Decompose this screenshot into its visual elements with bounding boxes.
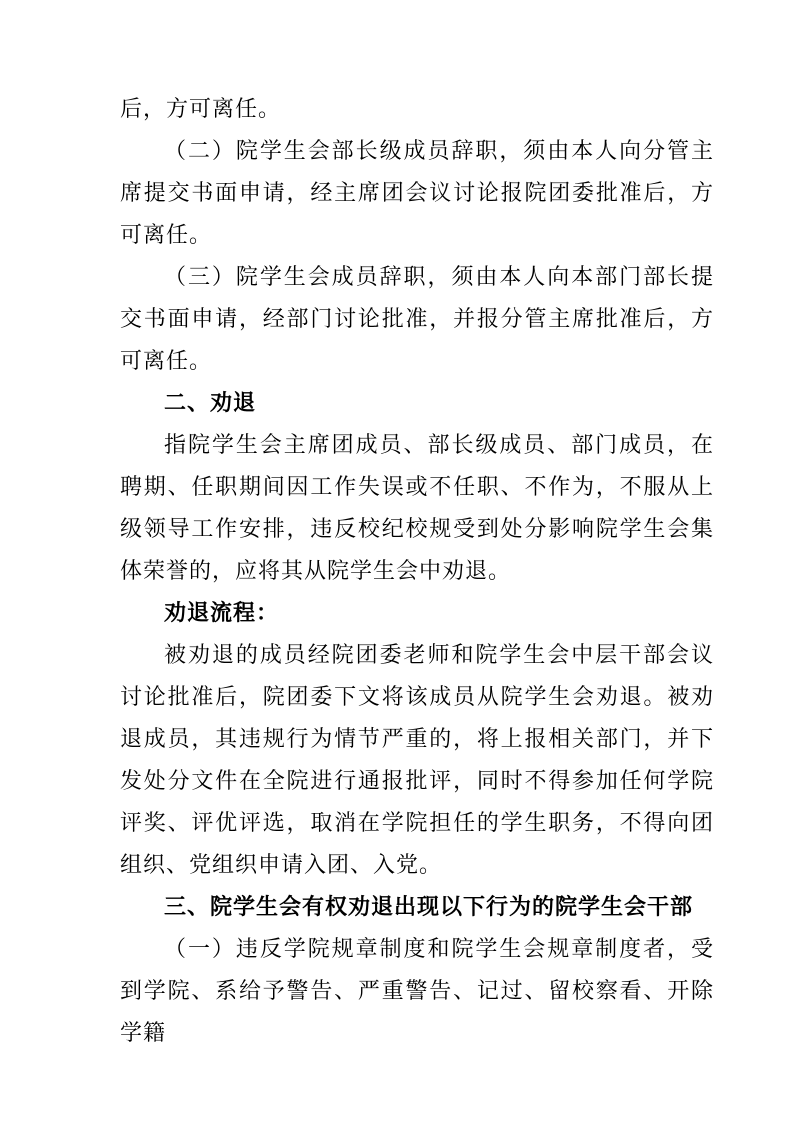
document-paragraph: （二）院学生会部长级成员辞职，须由本人向分管主席提交书面申请，经主席团会议讨论报…	[120, 130, 714, 256]
document-paragraph: 后，方可离任。	[120, 88, 714, 130]
document-paragraph: （一）违反学院规章制度和院学生会规章制度者，受到学院、系给予警告、严重警告、记过…	[120, 928, 714, 1054]
document-paragraph: （三）院学生会成员辞职，须由本人向本部门部长提交书面申请，经部门讨论批准，并报分…	[120, 256, 714, 382]
document-content: 后，方可离任。（二）院学生会部长级成员辞职，须由本人向分管主席提交书面申请，经主…	[120, 88, 714, 1054]
document-page: 后，方可离任。（二）院学生会部长级成员辞职，须由本人向分管主席提交书面申请，经主…	[0, 0, 793, 1122]
document-heading: 劝退流程：	[120, 592, 714, 634]
document-heading: 二、劝退	[120, 382, 714, 424]
document-paragraph: 指院学生会主席团成员、部长级成员、部门成员，在聘期、任职期间因工作失误或不任职、…	[120, 424, 714, 592]
document-heading: 三、院学生会有权劝退出现以下行为的院学生会干部	[120, 886, 714, 928]
document-paragraph: 被劝退的成员经院团委老师和院学生会中层干部会议讨论批准后，院团委下文将该成员从院…	[120, 634, 714, 886]
